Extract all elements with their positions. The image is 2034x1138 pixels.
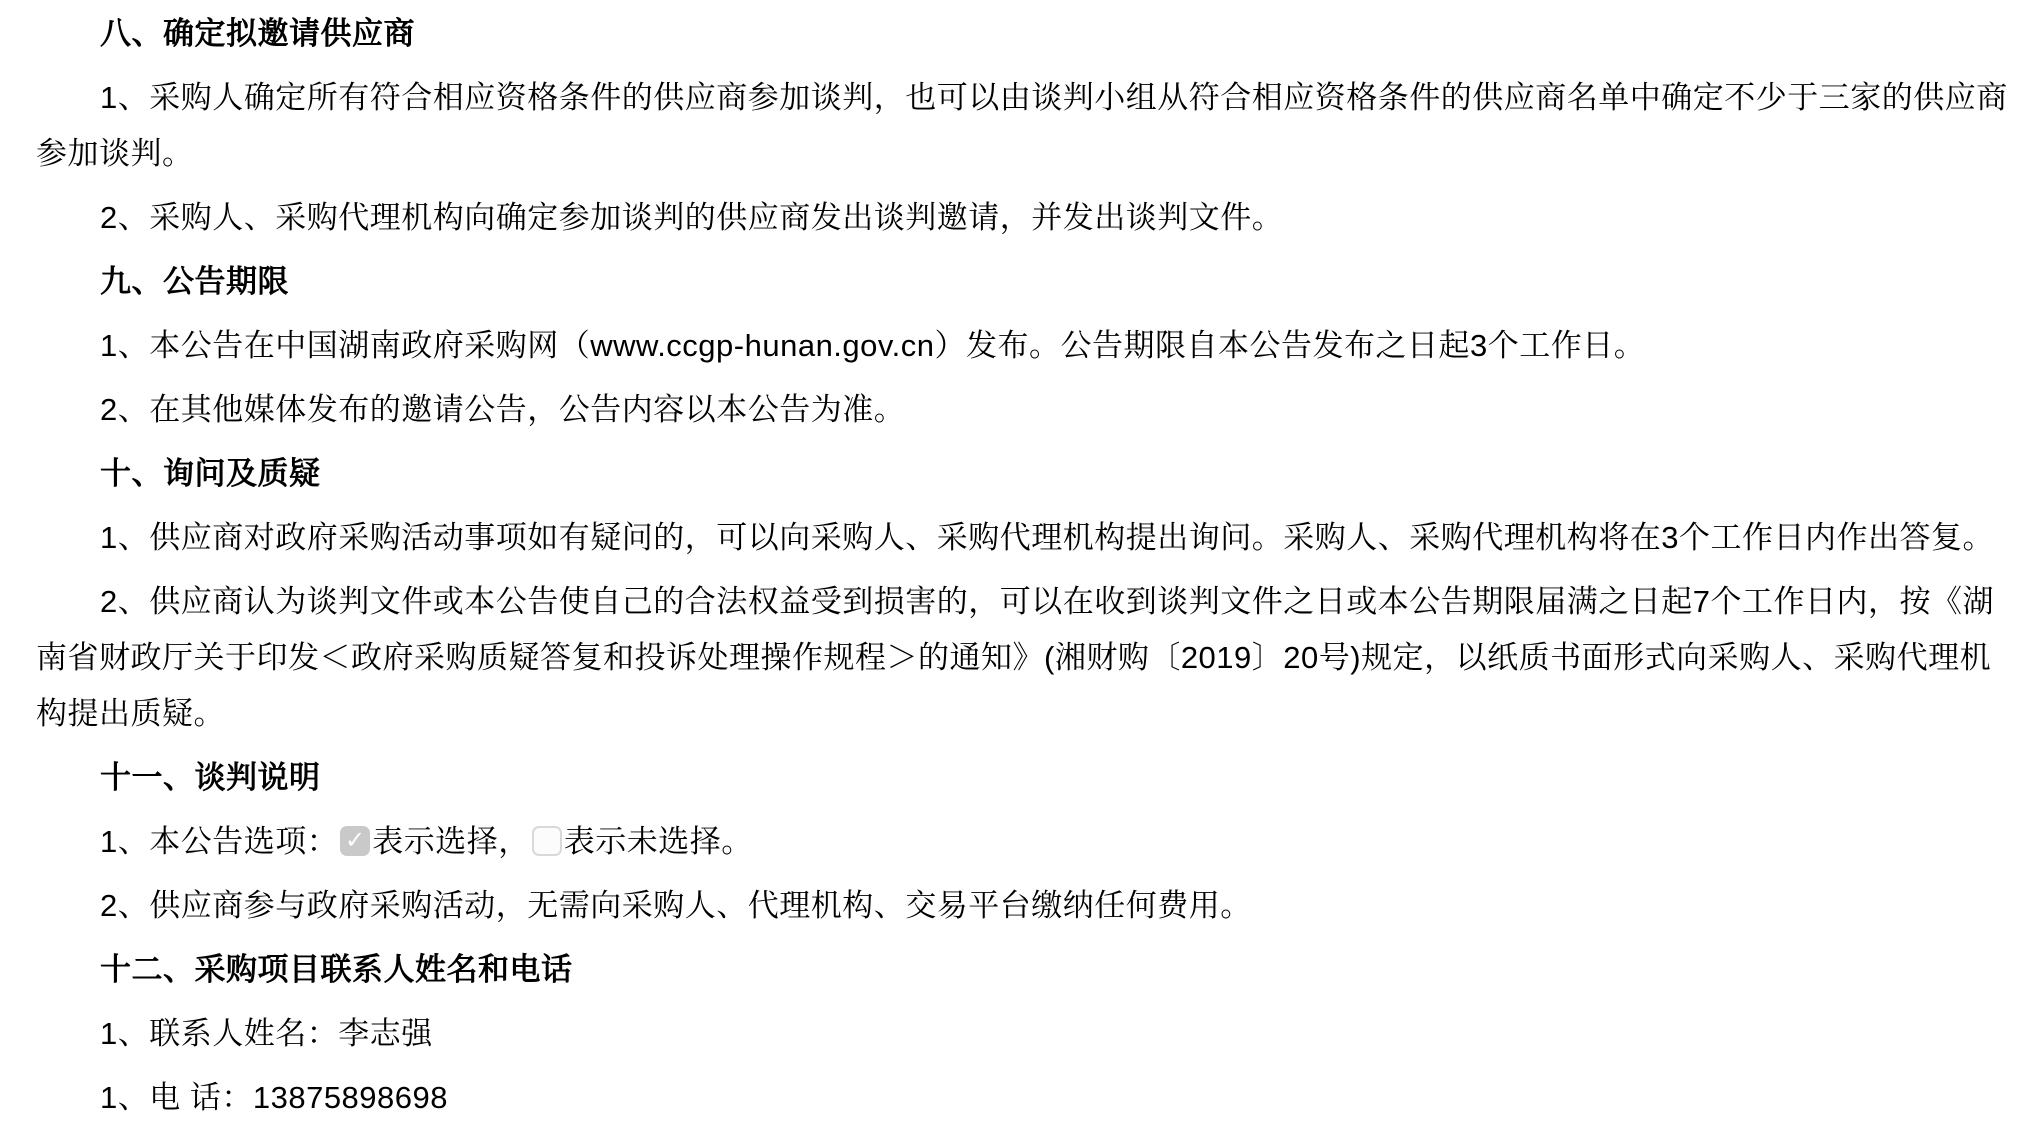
paragraph-announcement-publication: 1、本公告在中国湖南政府采购网（www.ccgp-hunan.gov.cn）发布… [36,314,2020,378]
checked-option-label: 表示选择， [372,824,530,859]
heading-negotiation-notes: 十一、谈判说明 [36,746,2020,810]
paragraph-contact-name: 1、联系人姓名：李志强 [36,1002,2020,1066]
paragraph-other-media: 2、在其他媒体发布的邀请公告，公告内容以本公告为准。 [36,378,2020,442]
checkbox-line-prefix: 1、本公告选项： [100,824,338,859]
heading-contact-name-and-phone: 十二、采购项目联系人姓名和电话 [36,938,2020,1002]
paragraph-no-fees: 2、供应商参与政府采购活动，无需向采购人、代理机构、交易平台缴纳任何费用。 [36,874,2020,938]
paragraph-announcement-options: 1、本公告选项：✓表示选择，表示未选择。 [36,810,2020,874]
checked-checkbox-icon: ✓ [340,826,370,856]
heading-inquiry-and-challenge: 十、询问及质疑 [36,442,2020,506]
unchecked-checkbox-icon [532,826,562,856]
checkmark-icon: ✓ [340,826,370,856]
heading-announcement-period: 九、公告期限 [36,250,2020,314]
procurement-announcement-document: 八、确定拟邀请供应商 1、采购人确定所有符合相应资格条件的供应商参加谈判，也可以… [0,0,2034,1130]
paragraph-inquiry: 1、供应商对政府采购活动事项如有疑问的，可以向采购人、采购代理机构提出询问。采购… [36,506,2020,570]
heading-determine-invited-suppliers: 八、确定拟邀请供应商 [36,2,2020,66]
paragraph-challenge: 2、供应商认为谈判文件或本公告使自己的合法权益受到损害的，可以在收到谈判文件之日… [36,570,2020,746]
paragraph-invitation-sending: 2、采购人、采购代理机构向确定参加谈判的供应商发出谈判邀请，并发出谈判文件。 [36,186,2020,250]
paragraph-contact-phone: 1、电 话：13875898698 [36,1066,2020,1130]
paragraph-supplier-determination: 1、采购人确定所有符合相应资格条件的供应商参加谈判，也可以由谈判小组从符合相应资… [36,66,2020,186]
unchecked-option-label: 表示未选择。 [564,824,753,859]
